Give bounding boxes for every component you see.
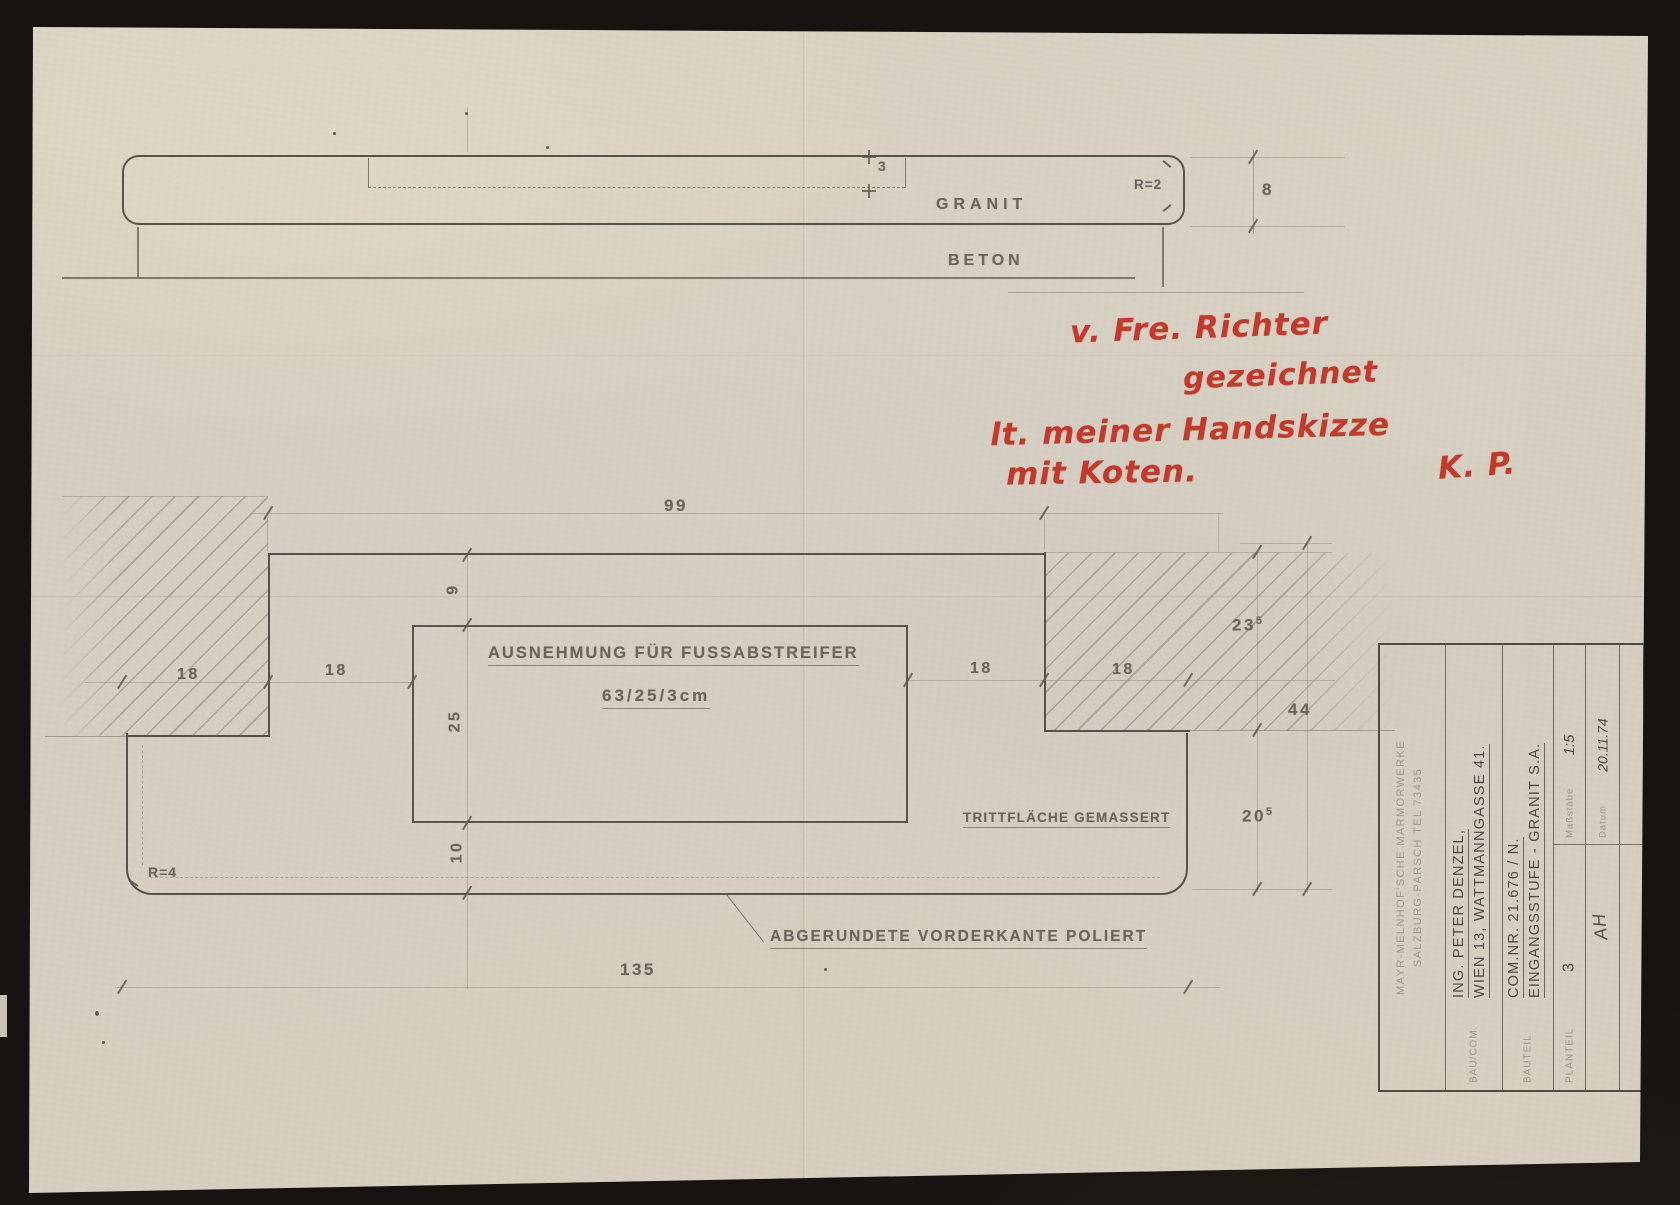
photo-stage: 3 R=2 GRANIT BETON 8 v. Fre. Richte — [0, 0, 1680, 1205]
right-wall-hatch — [1046, 553, 1392, 731]
concrete-label: BETON — [948, 252, 1024, 270]
dim8-ext-top — [1190, 157, 1345, 158]
dim-front-depth-main: 20 — [1242, 807, 1266, 826]
step-back-left-edge — [268, 553, 270, 737]
dim135-line — [115, 987, 1220, 988]
scale-value: 1:5 — [1561, 735, 1578, 756]
base-edge-left — [137, 227, 139, 277]
fold-crease-horizontal — [30, 596, 1642, 599]
fold-crease-upper — [30, 355, 1642, 358]
dim-depth-25: 25 — [446, 710, 464, 733]
front-offset-line-left — [142, 745, 143, 865]
title-block-table: MAYR-MELNHOF'SCHE MARMORWERKE SALZBURG-P… — [1378, 643, 1645, 1092]
sheet-number: 3 — [1560, 963, 1578, 972]
titleblock-empty-row — [1620, 645, 1647, 1090]
drawing-sheet: 3 R=2 GRANIT BETON 8 v. Fre. Richte — [0, 0, 1680, 1205]
left-wall-hatch — [60, 496, 268, 736]
radius-r2-label: R=2 — [1134, 177, 1162, 192]
dim18-line-left — [85, 682, 412, 683]
dim-depth-10: 10 — [448, 841, 466, 864]
sheet-label: PLANTEIL — [1564, 1028, 1575, 1083]
client-label: BAU/COM. — [1469, 1026, 1480, 1083]
paper-speck-2 — [102, 1041, 105, 1044]
date-value: 20.11.74 — [1594, 718, 1610, 771]
titleblock-sheet-scale-row: PLANTEIL 3 Maßstäbe 1:5 — [1554, 645, 1586, 1090]
signature-cell: AH — [1586, 844, 1619, 1090]
dim-back-depth-main: 23 — [1232, 616, 1256, 635]
dim-recess-depth: 3 — [878, 158, 888, 174]
empty-cell-b — [1620, 645, 1647, 845]
recess-edge-left — [368, 158, 369, 188]
dim-total-depth: 44 — [1288, 700, 1312, 720]
paper-edge-gap — [0, 995, 7, 1037]
part-label: BAUTEIL — [1523, 1034, 1534, 1083]
drawn-by-signature: AH — [1589, 912, 1613, 941]
part-title: EINGANGSSTUFE - GRANIT S.A. — [1527, 743, 1545, 998]
edge-note: ABGERUNDETE VORDERKANTE POLIERT — [770, 928, 1147, 949]
ext-right-upper — [1240, 543, 1332, 544]
titleblock-signature-date-row: AH Datum 20.11.74 — [1586, 645, 1620, 1090]
step-back-right-edge — [1044, 552, 1046, 732]
dim99-ext-right — [1218, 513, 1219, 552]
right-wall-face-light — [1190, 730, 1395, 731]
date-cell: Datum 20.11.74 — [1586, 645, 1619, 845]
paper-speck-3 — [824, 968, 827, 971]
red-note-line2: gezeichnet — [1182, 355, 1378, 397]
paper-speck-1 — [95, 1011, 99, 1016]
dim-front-depth-sup: 5 — [1266, 806, 1275, 818]
left-wall-top-line — [62, 496, 268, 497]
granite-label: GRANIT — [936, 196, 1027, 214]
radius-r4-label: R=4 — [148, 864, 177, 880]
left-wall-face-light — [45, 736, 126, 737]
recess-edge-right — [905, 158, 906, 188]
dim-thickness: 8 — [1262, 180, 1274, 200]
granite-slab-outline — [122, 155, 1185, 225]
dim99-ext-mid — [1044, 517, 1045, 549]
letterhead-address: SALZBURG-PARSCH TEL 73435 — [1410, 645, 1427, 1090]
dim3-tick-top2 — [868, 150, 870, 164]
commission-number: COM.NR. 21.676 / N. — [1506, 837, 1524, 998]
right-wall-face-dark — [1044, 730, 1190, 732]
paper-speck-4 — [333, 132, 336, 135]
recess-title: AUSNEHMUNG FÜR FUSSABSTREIFER — [488, 644, 859, 666]
red-note-line4: mit Koten. — [1006, 453, 1198, 492]
dim-right-18b: 18 — [1112, 661, 1135, 679]
ext-right-top — [1046, 552, 1332, 553]
step-back-top-edge — [268, 553, 1046, 555]
ext-right-bottom — [1192, 889, 1332, 890]
dim-front-width: 135 — [620, 960, 656, 980]
titleblock-letterhead-row: MAYR-MELNHOF'SCHE MARMORWERKE SALZBURG-P… — [1380, 645, 1446, 1090]
dim-back-width: 99 — [664, 496, 688, 516]
client-address: WIEN 13, WATTMANNGASSE 41. — [1472, 744, 1490, 998]
chain-235-line — [1257, 552, 1258, 893]
dim18-line-right — [908, 680, 1335, 681]
base-edge-right — [1162, 227, 1164, 287]
empty-cell-a — [1620, 844, 1647, 1090]
recess-size: 63/25/3cm — [602, 686, 710, 709]
crease-mark — [1008, 292, 1304, 293]
red-note-initials: K. P. — [1437, 445, 1517, 486]
scale-label: Maßstäbe — [1564, 788, 1575, 838]
dim-left-18b: 18 — [325, 662, 348, 680]
dim-back-depth: 235 — [1232, 615, 1265, 636]
ground-line — [62, 277, 1135, 279]
dim-back-depth-sup: 5 — [1256, 615, 1265, 627]
titleblock-part-row: BAUTEIL COM.NR. 21.676 / N. EINGANGSSTUF… — [1503, 645, 1554, 1090]
dim3-tick-bot2 — [868, 184, 870, 198]
tread-note: TRITTFLÄCHE GEMASSERT — [963, 810, 1170, 828]
dim-depth-9: 9 — [445, 583, 463, 594]
scale-cell: Maßstäbe 1:5 — [1554, 645, 1585, 845]
dim99-line — [253, 513, 1223, 514]
sheet-cell: PLANTEIL 3 — [1554, 844, 1585, 1090]
paper-speck-5 — [546, 146, 549, 149]
dim-front-depth: 205 — [1242, 806, 1275, 827]
titleblock-client-row: BAU/COM. ING. PETER DENZEL, WIEN 13, WAT… — [1446, 645, 1503, 1090]
date-label: Datum — [1597, 805, 1608, 838]
recess-hidden-line — [368, 187, 905, 188]
dim8-ext-bottom — [1190, 226, 1345, 227]
letterhead-company: MAYR-MELNHOF'SCHE MARMORWERKE — [1393, 645, 1410, 1090]
client-name: ING. PETER DENZEL, — [1451, 829, 1469, 998]
front-offset-line-bottom — [150, 877, 1160, 878]
dim-left-18a: 18 — [177, 666, 200, 684]
title-block: MAYR-MELNHOF'SCHE MARMORWERKE SALZBURG-P… — [1378, 643, 1645, 1092]
dim-right-18a: 18 — [970, 660, 993, 678]
crop-mark-dot — [465, 112, 468, 115]
